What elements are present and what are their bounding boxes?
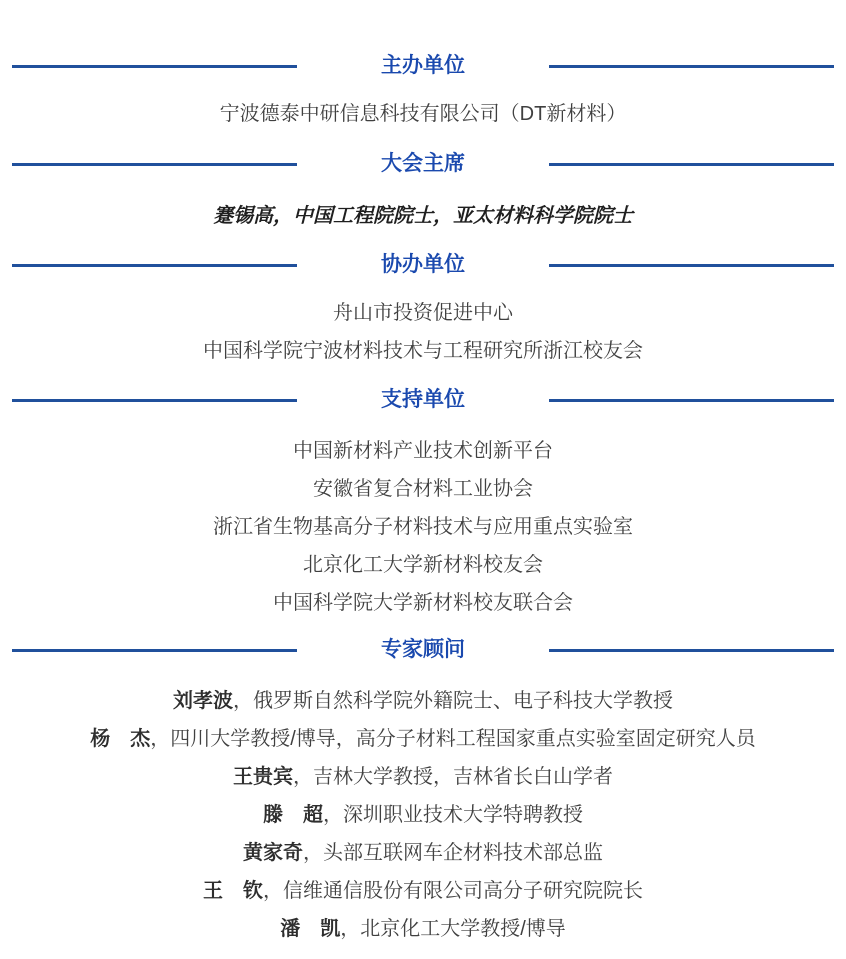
section-title-co-organizer: 协办单位 [381,251,465,279]
section-header-chairman: 大会主席 [0,150,846,178]
advisor-name: 王贵宾 [233,766,293,788]
advisor-name: 王 钦 [203,880,263,902]
advisor-desc: ，信维通信股份有限公司高分子研究院院长 [263,880,643,902]
section-header-co-organizer: 协办单位 [0,251,846,279]
conference-info-page: 主办单位 宁波德泰中研信息科技有限公司（DT新材料） 大会主席 蹇锡高，中国工程… [0,0,846,948]
header-rule-left [12,163,297,166]
advisor-name: 刘孝波 [173,690,233,712]
header-rule-left [12,399,297,402]
co-organizer-item: 中国科学院宁波材料技术与工程研究所浙江校友会 [0,332,846,370]
advisor-desc: ，四川大学教授/博导，高分子材料工程国家重点实验室固定研究人员 [150,728,756,750]
supporter-item: 北京化工大学新材料校友会 [0,546,846,584]
advisor-name: 杨 杰 [90,728,150,750]
advisor-item: 王贵宾，吉林大学教授，吉林省长白山学者 [0,758,846,796]
section-title-supporters: 支持单位 [381,386,465,414]
advisor-desc: ，头部互联网车企材料技术部总监 [303,842,603,864]
advisor-desc: ，深圳职业技术大学特聘教授 [323,804,583,826]
supporter-item: 中国科学院大学新材料校友联合会 [0,584,846,622]
header-rule-right [549,163,834,166]
section-co-organizer: 协办单位 舟山市投资促进中心 中国科学院宁波材料技术与工程研究所浙江校友会 [0,251,846,370]
advisor-item: 杨 杰，四川大学教授/博导，高分子材料工程国家重点实验室固定研究人员 [0,720,846,758]
section-advisors: 专家顾问 刘孝波，俄罗斯自然科学院外籍院士、电子科技大学教授 杨 杰，四川大学教… [0,636,846,948]
advisor-item: 潘 凯，北京化工大学教授/博导 [0,910,846,948]
advisor-item: 黄家奇，头部互联网车企材料技术部总监 [0,834,846,872]
section-title-advisors: 专家顾问 [381,636,465,664]
section-title-chairman: 大会主席 [381,150,465,178]
advisor-item: 刘孝波，俄罗斯自然科学院外籍院士、电子科技大学教授 [0,682,846,720]
header-rule-right [549,399,834,402]
chairman-name: 蹇锡高，中国工程院院士，亚太材料科学院院士 [0,197,846,235]
section-header-supporters: 支持单位 [0,386,846,414]
advisor-desc: ，吉林大学教授，吉林省长白山学者 [293,766,613,788]
header-rule-left [12,264,297,267]
supporter-item: 安徽省复合材料工业协会 [0,470,846,508]
advisor-name: 黄家奇 [243,842,303,864]
supporter-item: 中国新材料产业技术创新平台 [0,432,846,470]
header-rule-right [549,65,834,68]
header-rule-left [12,649,297,652]
section-organizer: 主办单位 宁波德泰中研信息科技有限公司（DT新材料） [0,52,846,133]
advisor-desc: ，北京化工大学教授/博导 [340,918,566,940]
header-rule-left [12,65,297,68]
advisor-desc: ，俄罗斯自然科学院外籍院士、电子科技大学教授 [233,690,673,712]
advisor-name: 潘 凯 [280,918,340,940]
section-supporters: 支持单位 中国新材料产业技术创新平台 安徽省复合材料工业协会 浙江省生物基高分子… [0,386,846,622]
advisor-item: 王 钦，信维通信股份有限公司高分子研究院院长 [0,872,846,910]
co-organizer-item: 舟山市投资促进中心 [0,294,846,332]
organizer-name: 宁波德泰中研信息科技有限公司（DT新材料） [0,95,846,133]
header-rule-right [549,649,834,652]
section-chairman: 大会主席 蹇锡高，中国工程院院士，亚太材料科学院院士 [0,150,846,235]
section-header-organizer: 主办单位 [0,52,846,80]
advisor-name: 滕 超 [263,804,323,826]
header-rule-right [549,264,834,267]
section-title-organizer: 主办单位 [381,52,465,80]
advisor-item: 滕 超，深圳职业技术大学特聘教授 [0,796,846,834]
supporter-item: 浙江省生物基高分子材料技术与应用重点实验室 [0,508,846,546]
section-header-advisors: 专家顾问 [0,636,846,664]
